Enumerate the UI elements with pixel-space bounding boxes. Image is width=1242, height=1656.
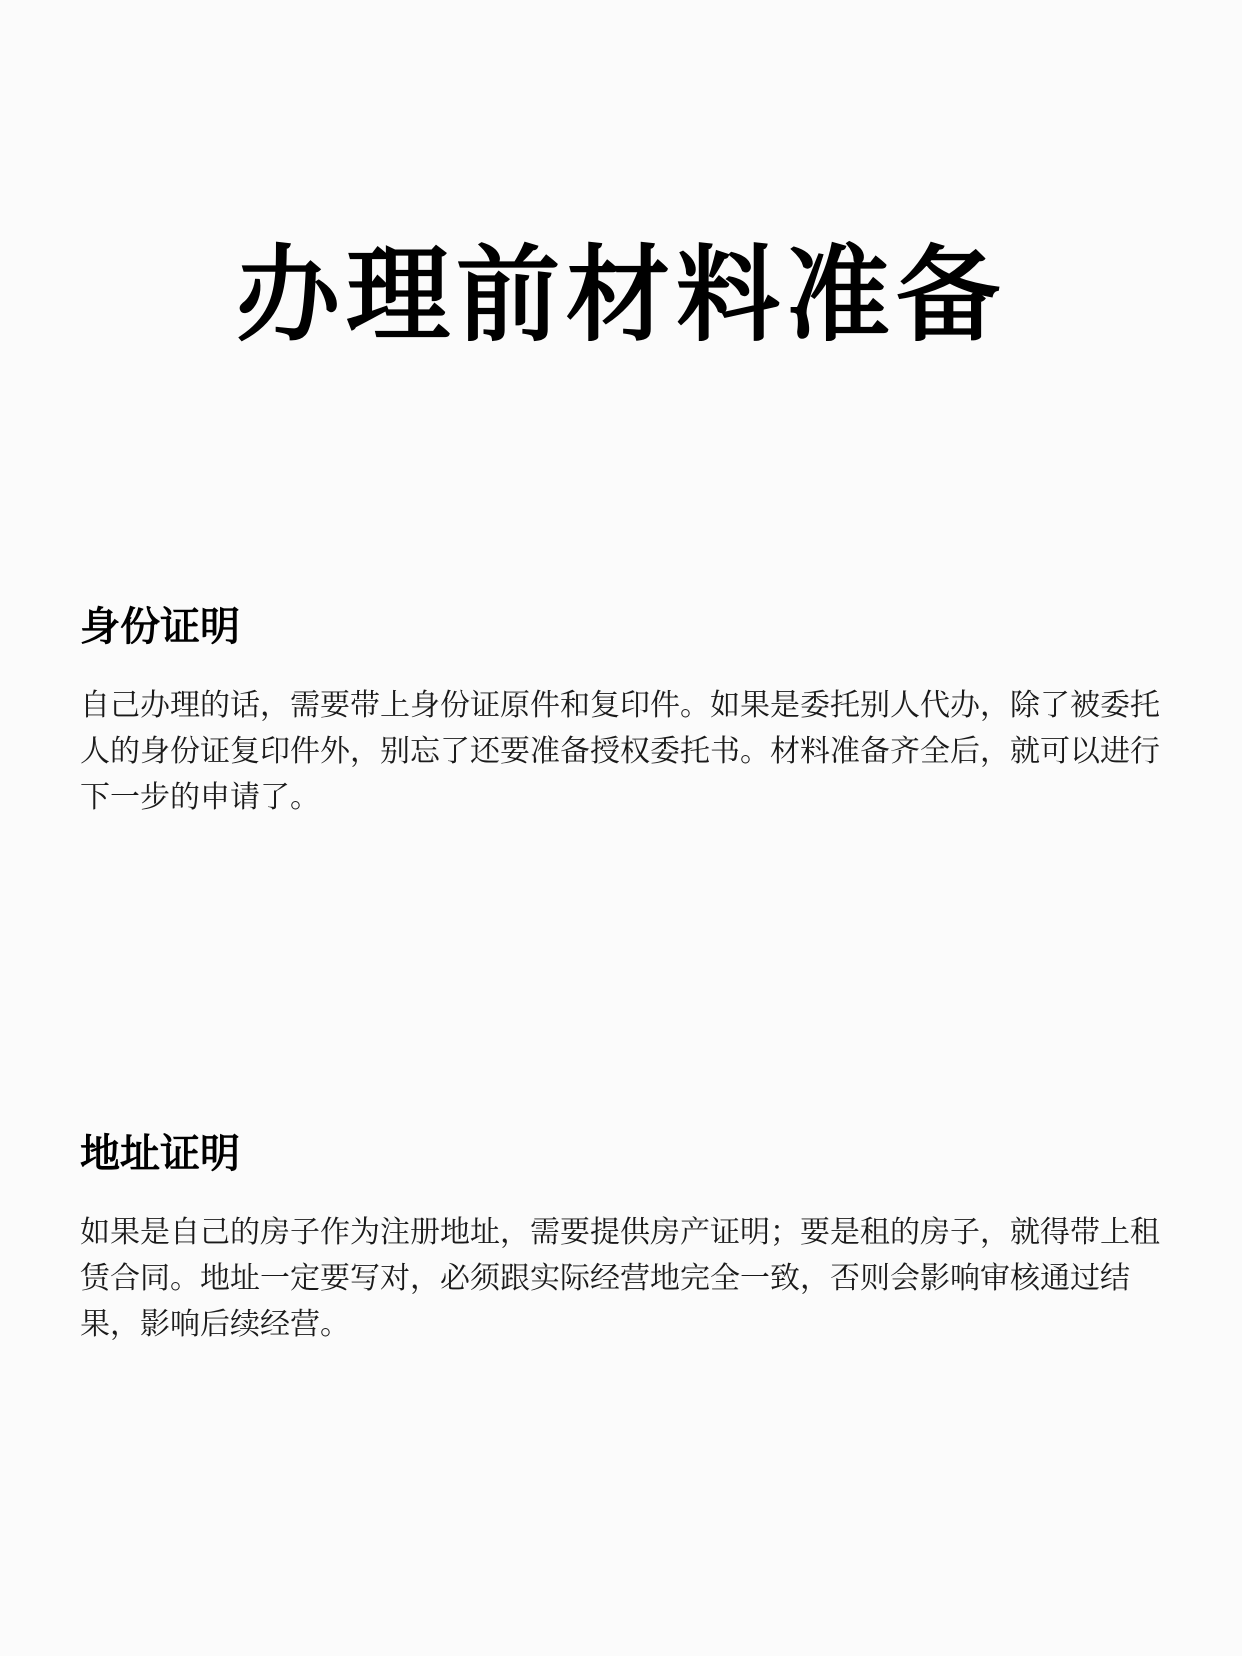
section-identity-proof: 身份证明 自己办理的话，需要带上身份证原件和复印件。如果是委托别人代办，除了被委… — [80, 603, 1170, 821]
section-address-proof: 地址证明 如果是自己的房子作为注册地址，需要提供房产证明；要是租的房子，就得带上… — [80, 1130, 1170, 1348]
section-body: 如果是自己的房子作为注册地址，需要提供房产证明；要是租的房子，就得带上租赁合同。… — [80, 1210, 1170, 1348]
section-heading: 地址证明 — [80, 1130, 1170, 1178]
page-title: 办理前材料准备 — [0, 238, 1242, 352]
section-heading: 身份证明 — [80, 603, 1170, 651]
section-body: 自己办理的话，需要带上身份证原件和复印件。如果是委托别人代办，除了被委托人的身份… — [80, 683, 1170, 821]
